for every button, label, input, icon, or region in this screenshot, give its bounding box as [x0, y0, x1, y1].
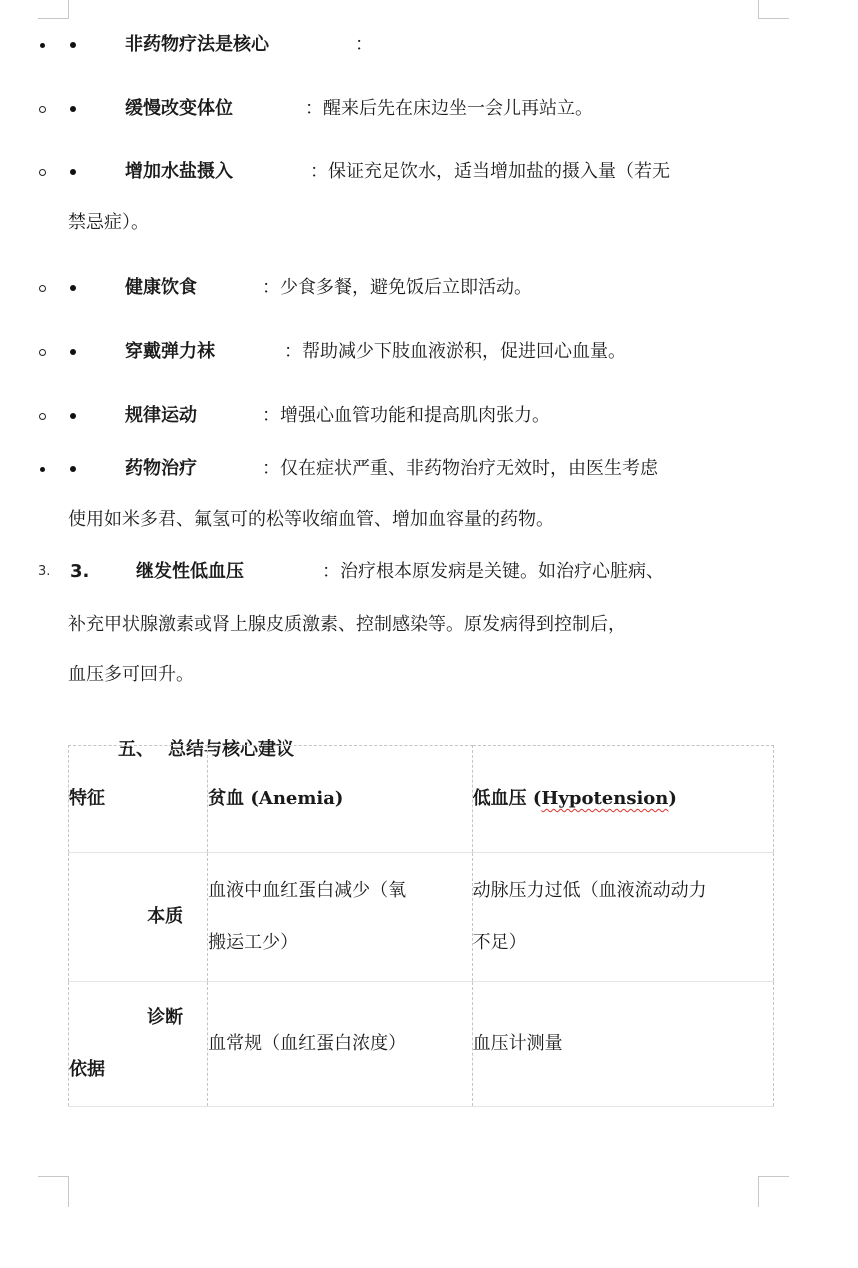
- item-description-continued: 使用如米多君、氟氢可的松等收缩血管、增加血容量的药物。: [68, 509, 554, 531]
- item-description: ：增强心血管功能和提高肌肉张力。: [262, 405, 550, 427]
- item-label: 增加水盐摄入: [125, 161, 233, 183]
- header-anemia-en: (Anemia): [250, 788, 343, 809]
- header-hypotension-cn: 低血压: [473, 788, 527, 809]
- item-description-continued: 补充甲状腺激素或肾上腺皮质激素、控制感染等。原发病得到控制后，: [68, 614, 626, 636]
- page-corner-mark-bottom-left: [38, 1176, 69, 1207]
- item-colon: ：: [355, 34, 373, 56]
- item-description: ：少食多餐，避免饭后立即活动。: [262, 277, 532, 299]
- item-label: 药物治疗: [125, 458, 197, 480]
- cell-line: 诊断: [69, 992, 207, 1044]
- item-description: ：治疗根本原发病是关键。如治疗心脏病、: [322, 561, 664, 583]
- header-hypotension: 低血压 (Hypotension): [472, 746, 773, 853]
- paren-close: ): [668, 788, 677, 809]
- item-label: 非药物疗法是核心: [125, 34, 269, 56]
- spellcheck-word: Hypotension: [541, 788, 668, 809]
- table-row: 本质 血液中血红蛋白减少（氧 搬运工少） 动脉压力过低（血液流动动力 不足）: [69, 853, 774, 982]
- cell-line: 搬运工少）: [208, 917, 472, 969]
- header-feature: 特征: [69, 746, 208, 853]
- item-description: ：仅在症状严重、非药物治疗无效时，由医生考虑: [262, 458, 658, 480]
- row-feature: 诊断 依据: [69, 982, 208, 1107]
- item-description: ：帮助减少下肢血液淤积，促进回心血量。: [284, 341, 626, 363]
- list-number-bold: 3.: [70, 561, 89, 583]
- cell-line: 不足）: [473, 917, 773, 969]
- page-corner-mark-top-left: [38, 0, 69, 19]
- cell-line: 动脉压力过低（血液流动动力: [473, 865, 773, 917]
- cell-anemia: 血常规（血红蛋白浓度）: [208, 982, 473, 1107]
- cell-hypotension: 动脉压力过低（血液流动动力 不足）: [472, 853, 773, 982]
- cell-anemia: 血液中血红蛋白减少（氧 搬运工少）: [208, 853, 473, 982]
- item-label: 继发性低血压: [136, 561, 244, 583]
- item-label: 健康饮食: [125, 277, 197, 299]
- table-header-row: 特征 贫血 (Anemia) 低血压 (Hypotension): [69, 746, 774, 853]
- item-label: 缓慢改变体位: [125, 98, 233, 120]
- item-description: ：醒来后先在床边坐一会儿再站立。: [305, 98, 593, 120]
- header-anemia-cn: 贫血: [208, 788, 244, 809]
- item-description-continued: 禁忌症）。: [68, 212, 149, 234]
- summary-table: 特征 贫血 (Anemia) 低血压 (Hypotension) 本质 血液中血…: [68, 745, 774, 1107]
- table-row: 诊断 依据 血常规（血红蛋白浓度） 血压计测量: [69, 982, 774, 1107]
- item-description-continued: 血压多可回升。: [68, 664, 194, 686]
- item-label: 穿戴弹力袜: [125, 341, 215, 363]
- cell-line: 血液中血红蛋白减少（氧: [208, 865, 472, 917]
- row-feature: 本质: [69, 853, 208, 982]
- page-corner-mark-bottom-right: [758, 1176, 789, 1207]
- cell-hypotension: 血压计测量: [472, 982, 773, 1107]
- page-corner-mark-top-right: [758, 0, 789, 19]
- cell-line: 依据: [69, 1044, 207, 1096]
- list-number: 3.: [38, 561, 50, 583]
- item-description: ：保证充足饮水，适当增加盐的摄入量（若无: [310, 161, 670, 183]
- item-label: 规律运动: [125, 405, 197, 427]
- header-anemia: 贫血 (Anemia): [208, 746, 473, 853]
